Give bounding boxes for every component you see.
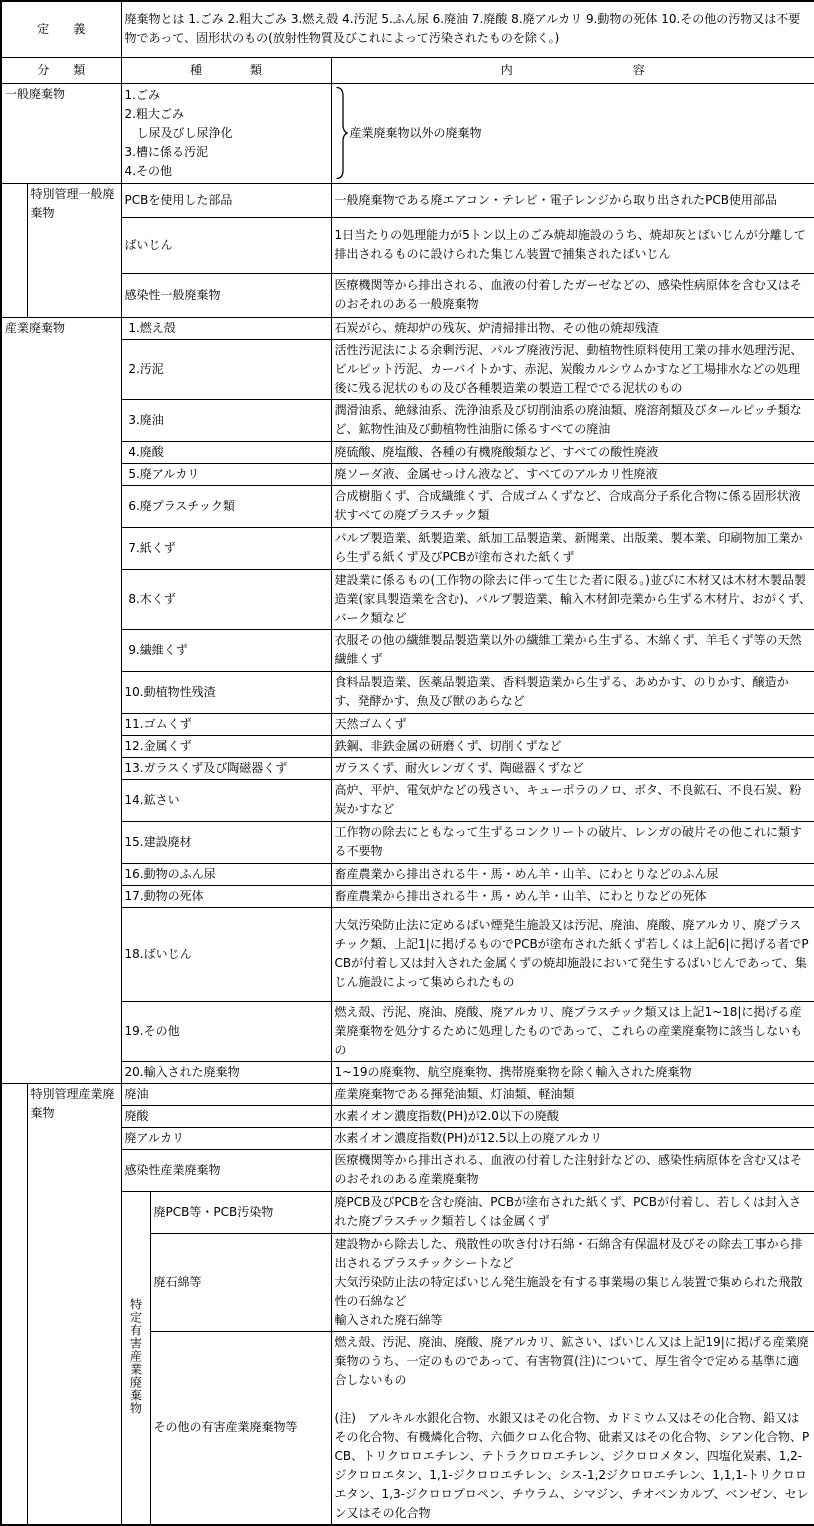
kind-cell: 1.ごみ 2.粗大ごみ し尿及びし尿浄化 3.槽に係る汚泥 4.その他: [121, 83, 331, 183]
content-cell: 高炉、平炉、電気炉などの残さい、キューポラのノロ、ボタ、不良鉱石、不良石炭、粉炭…: [331, 779, 814, 821]
kind-cell: その他の有害産業廃棄物等: [150, 1331, 331, 1525]
row-ippan-haikibutsu: 一般廃棄物 1.ごみ 2.粗大ごみ し尿及びし尿浄化 3.槽に係る汚泥 4.その…: [1, 83, 814, 183]
kind-text: 18.ばいじん: [125, 945, 328, 964]
waste-classification-table: 定 義 廃棄物とは 1.ごみ 2.粗大ごみ 3.燃え殻 4.汚泥 5.ふん尿 6…: [0, 0, 814, 1526]
kind-text: 11.ゴムくず: [125, 715, 328, 734]
content-text: 畜産農業から排出される牛・馬・めん羊・山羊、にわとりなどの死体: [335, 887, 812, 906]
kind-text: その他の有害産業廃棄物等: [154, 1418, 328, 1437]
content-cell: 合成樹脂くず、合成繊維くず、合成ゴムくずなど、合成高分子系化合物に係る固形状液状…: [331, 485, 814, 527]
kind-cell: PCBを使用した部品: [121, 183, 331, 217]
kind-cell: 7.紙くず: [121, 527, 331, 569]
kind-cell: 13.ガラスくず及び陶磁器くず: [121, 757, 331, 779]
content-text: 活性汚泥法による余剰汚泥、パルプ廃液汚泥、動植物性原料使用工業の排水処理汚泥、ビ…: [335, 341, 812, 398]
content-cell: 燃え殻、汚泥、廃油、廃酸、廃アルカリ、鉱さい、ばいじん又は上記19|に掲げる産業…: [331, 1331, 814, 1525]
class-label-tokutei-yugai: 特定有害産業廃棄物: [130, 1298, 142, 1415]
header-kind-column: 種 類: [121, 57, 331, 83]
kind-text: 5.廃アルカリ: [125, 465, 328, 484]
row-pcb-parts: 特別管理一般廃棄物 PCBを使用した部品 一般廃棄物である廃エアコン・テレビ・電…: [1, 183, 814, 217]
kind-cell: 12.金属くず: [121, 735, 331, 757]
class-label-ippan: 一般廃棄物: [5, 85, 118, 104]
kind-cell: 14.鉱さい: [121, 779, 331, 821]
content-cell: 活性汚泥法による余剰汚泥、パルプ廃液汚泥、動植物性原料使用工業の排水処理汚泥、ビ…: [331, 339, 814, 399]
indent-spacer-cell: [1, 1083, 27, 1525]
definition-text: 廃棄物とは 1.ごみ 2.粗大ごみ 3.燃え殻 4.汚泥 5.ふん尿 6.廃油 …: [125, 10, 812, 48]
class-cell-tokutei-yugai: 特定有害産業廃棄物: [121, 1191, 150, 1525]
content-cell: 畜産農業から排出される牛・馬・めん羊・山羊、にわとりなどの死体: [331, 885, 814, 907]
row-sangyo-20: 20.輸入された廃棄物 1~19の廃棄物、航空廃棄物、携帯廃棄物を除く輸入された…: [1, 1061, 814, 1083]
kind-cell: 1.燃え殻: [121, 317, 331, 339]
kind-cell: 感染性一般廃棄物: [121, 273, 331, 317]
content-cell: 水素イオン濃度指数(PH)が12.5以上の廃アルカリ: [331, 1127, 814, 1149]
content-cell: 医療機関等から排出される、血液の付着したガーゼなどの、感染性病原体を含む又はその…: [331, 273, 814, 317]
kind-text: 廃アルカリ: [125, 1129, 328, 1148]
definition-row: 定 義 廃棄物とは 1.ごみ 2.粗大ごみ 3.燃え殻 4.汚泥 5.ふん尿 6…: [1, 1, 814, 57]
row-tokusan-hasan: 廃酸 水素イオン濃度指数(PH)が2.0以下の廃酸: [1, 1105, 814, 1127]
row-sangyo-18: 18.ばいじん 大気汚染防止法に定めるばい煙発生施設又は汚泥、廃油、廃酸、廃アル…: [1, 907, 814, 1001]
kind-cell: 廃石綿等: [150, 1233, 331, 1331]
kind-cell: 5.廃アルカリ: [121, 463, 331, 485]
class-cell-tokubetsu-sangyo: 特別管理産業廃棄物: [27, 1083, 121, 1525]
definition-label: 定 義: [1, 1, 121, 57]
kind-cell: 廃油: [121, 1083, 331, 1105]
content-text: 産業廃棄物である揮発油類、灯油類、軽油類: [335, 1085, 812, 1104]
kind-text: 2.汚泥: [125, 360, 328, 379]
row-sangyo-14: 14.鉱さい 高炉、平炉、電気炉などの残さい、キューポラのノロ、ボタ、不良鉱石、…: [1, 779, 814, 821]
content-cell: 一般廃棄物である廃エアコン・テレビ・電子レンジから取り出されたPCB使用部品: [331, 183, 814, 217]
kind-cell: 8.木くず: [121, 569, 331, 629]
content-cell: 産業廃棄物以外の廃棄物: [331, 83, 814, 183]
row-sangyo-1: 産業廃棄物 1.燃え殻 石炭がら、焼却炉の残灰、炉清掃排出物、その他の焼却残渣: [1, 317, 814, 339]
kind-text: 14.鉱さい: [125, 791, 328, 810]
content-cell: パルプ製造業、紙製造業、紙加工品製造業、新聞業、出版業、製本業、印刷物加工業から…: [331, 527, 814, 569]
kind-text: 8.木くず: [125, 590, 328, 609]
class-cell-sangyo: 産業廃棄物: [1, 317, 121, 1083]
row-sangyo-11: 11.ゴムくず 天然ゴムくず: [1, 713, 814, 735]
content-cell: 廃PCB及びPCBを含む廃油、PCBが塗布された紙くず、PCBが付着し、若しくは…: [331, 1191, 814, 1233]
content-text: 鉄鋼、非鉄金属の研磨くず、切削くずなど: [335, 737, 812, 756]
kind-text: 感染性産業廃棄物: [125, 1161, 328, 1180]
row-sangyo-8: 8.木くず 建設業に係るもの(工作物の除去に伴って生じた者に限る。)並びに木材又…: [1, 569, 814, 629]
kind-cell: 20.輸入された廃棄物: [121, 1061, 331, 1083]
content-cell: 医療機関等から排出される、血液の付着した注射針などの、感染性病原体を含む又はその…: [331, 1149, 814, 1191]
kind-cell: 廃PCB等・PCB汚染物: [150, 1191, 331, 1233]
content-cell: 衣服その他の繊維製品製造業以外の繊維工業から生ずる、木綿くず、羊毛くず等の天然繊…: [331, 629, 814, 671]
row-sangyo-13: 13.ガラスくず及び陶磁器くず ガラスくず、耐火レンガくず、陶磁器くずなど: [1, 757, 814, 779]
content-text: 衣服その他の繊維製品製造業以外の繊維工業から生ずる、木綿くず、羊毛くず等の天然繊…: [335, 631, 812, 669]
kind-cell: 6.廃プラスチック類: [121, 485, 331, 527]
kind-text: 感染性一般廃棄物: [125, 286, 328, 305]
row-baijin-ippan: ばいじん 1日当たりの処理能力が5トン以上のごみ焼却施設のうち、焼却灰とばいじん…: [1, 217, 814, 273]
content-text: 水素イオン濃度指数(PH)が2.0以下の廃酸: [335, 1107, 812, 1126]
content-text: 1~19の廃棄物、航空廃棄物、携帯廃棄物を除く輸入された廃棄物: [335, 1063, 812, 1082]
row-tokusan-haialkali: 廃アルカリ 水素イオン濃度指数(PH)が12.5以上の廃アルカリ: [1, 1127, 814, 1149]
content-text: 廃硫酸、廃塩酸、各種の有機廃酸類など、すべての酸性廃液: [335, 443, 812, 462]
content-cell: 大気汚染防止法に定めるばい煙発生施設又は汚泥、廃油、廃酸、廃アルカリ、廃プラスチ…: [331, 907, 814, 1001]
kind-cell: 3.廃油: [121, 399, 331, 441]
kind-text: 10.動植物性残渣: [125, 683, 328, 702]
header-content-label: 内 容: [335, 61, 812, 80]
header-class-column: 分 類: [1, 57, 121, 83]
content-cell: 1~19の廃棄物、航空廃棄物、携帯廃棄物を除く輸入された廃棄物: [331, 1061, 814, 1083]
kind-text: 6.廃プラスチック類: [125, 497, 328, 516]
row-tokutei-pcb: 特定有害産業廃棄物 廃PCB等・PCB汚染物 廃PCB及びPCBを含む廃油、PC…: [1, 1191, 814, 1233]
content-text: 食料品製造業、医薬品製造業、香料製造業から生ずる、あめかす、のりかす、醸造かす、…: [335, 673, 812, 711]
content-cell: 建設物から除去した、飛散性の吹き付け石綿・石綿含有保温材及びその除去工事から排出…: [331, 1233, 814, 1331]
kind-cell: 9.繊維くず: [121, 629, 331, 671]
content-cell: 工作物の除去にともなって生ずるコンクリートの破片、レンガの破片その他これに類する…: [331, 821, 814, 863]
content-cell: 燃え殻、汚泥、廃油、廃酸、廃アルカリ、廃プラスチック類又は上記1~18|に掲げる…: [331, 1001, 814, 1061]
content-text: 水素イオン濃度指数(PH)が12.5以上の廃アルカリ: [335, 1129, 812, 1148]
content-cell: 水素イオン濃度指数(PH)が2.0以下の廃酸: [331, 1105, 814, 1127]
kind-cell: 11.ゴムくず: [121, 713, 331, 735]
kind-text: 20.輸入された廃棄物: [125, 1063, 328, 1082]
kind-text: 13.ガラスくず及び陶磁器くず: [125, 759, 328, 778]
kind-text: 廃石綿等: [154, 1273, 328, 1292]
content-text: 医療機関等から排出される、血液の付着した注射針などの、感染性病原体を含む又はその…: [335, 1151, 812, 1189]
kind-text: 廃PCB等・PCB汚染物: [154, 1203, 328, 1222]
content-cell: 潤滑油系、絶縁油系、洗浄油系及び切削油系の廃油類、廃溶剤類及びタールピッチ類など…: [331, 399, 814, 441]
kind-cell: 18.ばいじん: [121, 907, 331, 1001]
content-text: 天然ゴムくず: [335, 715, 812, 734]
kind-cell: 廃酸: [121, 1105, 331, 1127]
kind-cell: 4.廃酸: [121, 441, 331, 463]
content-cell: 天然ゴムくず: [331, 713, 814, 735]
kind-cell: ばいじん: [121, 217, 331, 273]
kind-text: 4.廃酸: [125, 443, 328, 462]
definition-cell: 廃棄物とは 1.ごみ 2.粗大ごみ 3.燃え殻 4.汚泥 5.ふん尿 6.廃油 …: [121, 1, 814, 57]
kind-cell: 16.動物のふん尿: [121, 863, 331, 885]
kind-text: 17.動物の死体: [125, 887, 328, 906]
header-kind-label: 種 類: [125, 61, 328, 80]
kind-cell: 10.動植物性残渣: [121, 671, 331, 713]
kind-text: 12.金属くず: [125, 737, 328, 756]
content-text-ippan: 産業廃棄物以外の廃棄物: [350, 124, 812, 143]
content-text: パルプ製造業、紙製造業、紙加工品製造業、新聞業、出版業、製本業、印刷物加工業から…: [335, 529, 812, 567]
row-sangyo-15: 15.建設廃材 工作物の除去にともなって生ずるコンクリートの破片、レンガの破片そ…: [1, 821, 814, 863]
content-text: 燃え殻、汚泥、廃油、廃酸、廃アルカリ、廃プラスチック類又は上記1~18|に掲げる…: [335, 1003, 812, 1060]
row-sangyo-2: 2.汚泥 活性汚泥法による余剰汚泥、パルプ廃液汚泥、動植物性原料使用工業の排水処…: [1, 339, 814, 399]
kind-cell: 17.動物の死体: [121, 885, 331, 907]
row-sangyo-10: 10.動植物性残渣 食料品製造業、医薬品製造業、香料製造業から生ずる、あめかす、…: [1, 671, 814, 713]
class-label-tokubetsu-sangyo: 特別管理産業廃棄物: [31, 1085, 118, 1123]
indent-spacer-cell: [1, 183, 27, 317]
row-sangyo-5: 5.廃アルカリ 廃ソーダ液、金属せっけん液など、すべてのアルカリ性廃液: [1, 463, 814, 485]
row-sangyo-6: 6.廃プラスチック類 合成樹脂くず、合成繊維くず、合成ゴムくずなど、合成高分子系…: [1, 485, 814, 527]
content-text: 一般廃棄物である廃エアコン・テレビ・電子レンジから取り出されたPCB使用部品: [335, 191, 812, 210]
content-text: 燃え殻、汚泥、廃油、廃酸、廃アルカリ、鉱さい、ばいじん又は上記19|に掲げる産業…: [335, 1333, 812, 1523]
kind-text: ばいじん: [125, 236, 328, 255]
content-cell: 1日当たりの処理能力が5トン以上のごみ焼却施設のうち、焼却灰とばいじんが分離して…: [331, 217, 814, 273]
definition-label-text: 定 義: [5, 20, 118, 39]
row-sangyo-19: 19.その他 燃え殻、汚泥、廃油、廃酸、廃アルカリ、廃プラスチック類又は上記1~…: [1, 1001, 814, 1061]
kind-text: PCBを使用した部品: [125, 191, 328, 210]
content-text: 廃PCB及びPCBを含む廃油、PCBが塗布された紙くず、PCBが付着し、若しくは…: [335, 1193, 812, 1231]
column-header-row: 分 類 種 類 内 容: [1, 57, 814, 83]
content-cell: 食料品製造業、医薬品製造業、香料製造業から生ずる、あめかす、のりかす、醸造かす、…: [331, 671, 814, 713]
content-text: 畜産農業から排出される牛・馬・めん羊・山羊、にわとりなどのふん尿: [335, 865, 812, 884]
content-text: 1日当たりの処理能力が5トン以上のごみ焼却施設のうち、焼却灰とばいじんが分離して…: [335, 226, 812, 264]
kind-cell: 15.建設廃材: [121, 821, 331, 863]
row-sangyo-17: 17.動物の死体 畜産農業から排出される牛・馬・めん羊・山羊、にわとりなどの死体: [1, 885, 814, 907]
row-sangyo-9: 9.繊維くず 衣服その他の繊維製品製造業以外の繊維工業から生ずる、木綿くず、羊毛…: [1, 629, 814, 671]
content-text: 合成樹脂くず、合成繊維くず、合成ゴムくずなど、合成高分子系化合物に係る固形状液状…: [335, 487, 812, 525]
content-text: 大気汚染防止法に定めるばい煙発生施設又は汚泥、廃油、廃酸、廃アルカリ、廃プラスチ…: [335, 916, 812, 992]
class-cell-tokubetsu-ippan: 特別管理一般廃棄物: [27, 183, 121, 317]
row-sangyo-3: 3.廃油 潤滑油系、絶縁油系、洗浄油系及び切削油系の廃油類、廃溶剤類及びタールピ…: [1, 399, 814, 441]
content-text: 高炉、平炉、電気炉などの残さい、キューポラのノロ、ボタ、不良鉱石、不良石炭、粉炭…: [335, 781, 812, 819]
content-text: 工作物の除去にともなって生ずるコンクリートの破片、レンガの破片その他これに類する…: [335, 823, 812, 861]
header-content-column: 内 容: [331, 57, 814, 83]
row-sangyo-7: 7.紙くず パルプ製造業、紙製造業、紙加工品製造業、新聞業、出版業、製本業、印刷…: [1, 527, 814, 569]
class-cell-ippan: 一般廃棄物: [1, 83, 121, 183]
curly-brace-icon: [335, 86, 348, 180]
kind-cell: 2.汚泥: [121, 339, 331, 399]
content-cell: 畜産農業から排出される牛・馬・めん羊・山羊、にわとりなどのふん尿: [331, 863, 814, 885]
kind-text: 7.紙くず: [125, 539, 328, 558]
content-text: 医療機関等から排出される、血液の付着したガーゼなどの、感染性病原体を含む又はその…: [335, 276, 812, 314]
content-cell: ガラスくず、耐火レンガくず、陶磁器くずなど: [331, 757, 814, 779]
content-text: 建設業に係るもの(工作物の除去に伴って生じた者に限る。)並びに木材又は木材木製品…: [335, 571, 812, 628]
kind-text: 15.建設廃材: [125, 833, 328, 852]
kind-text: 廃油: [125, 1085, 328, 1104]
content-cell: 廃硫酸、廃塩酸、各種の有機廃酸類など、すべての酸性廃液: [331, 441, 814, 463]
kind-text: 19.その他: [125, 1022, 328, 1041]
content-text: 建設物から除去した、飛散性の吹き付け石綿・石綿含有保温材及びその除去工事から排出…: [335, 1235, 812, 1330]
kind-text: 16.動物のふん尿: [125, 865, 328, 884]
content-text: ガラスくず、耐火レンガくず、陶磁器くずなど: [335, 759, 812, 778]
content-text: 廃ソーダ液、金属せっけん液など、すべてのアルカリ性廃液: [335, 465, 812, 484]
row-kansensei-ippan: 感染性一般廃棄物 医療機関等から排出される、血液の付着したガーゼなどの、感染性病…: [1, 273, 814, 317]
kind-text: 1.燃え殻: [125, 319, 328, 338]
content-cell: 産業廃棄物である揮発油類、灯油類、軽油類: [331, 1083, 814, 1105]
content-cell: 建設業に係るもの(工作物の除去に伴って生じた者に限る。)並びに木材又は木材木製品…: [331, 569, 814, 629]
content-cell: 石炭がら、焼却炉の残灰、炉清掃排出物、その他の焼却残渣: [331, 317, 814, 339]
row-sangyo-4: 4.廃酸 廃硫酸、廃塩酸、各種の有機廃酸類など、すべての酸性廃液: [1, 441, 814, 463]
content-text: 潤滑油系、絶縁油系、洗浄油系及び切削油系の廃油類、廃溶剤類及びタールピッチ類など…: [335, 401, 812, 439]
content-text: 石炭がら、焼却炉の残灰、炉清掃排出物、その他の焼却残渣: [335, 319, 812, 338]
content-cell: 廃ソーダ液、金属せっけん液など、すべてのアルカリ性廃液: [331, 463, 814, 485]
row-sangyo-16: 16.動物のふん尿 畜産農業から排出される牛・馬・めん羊・山羊、にわとりなどのふ…: [1, 863, 814, 885]
row-tokusan-hayu: 特別管理産業廃棄物 廃油 産業廃棄物である揮発油類、灯油類、軽油類: [1, 1083, 814, 1105]
class-label-tokubetsu-ippan: 特別管理一般廃棄物: [31, 185, 118, 223]
class-label-sangyo: 産業廃棄物: [5, 319, 118, 338]
row-sangyo-12: 12.金属くず 鉄鋼、非鉄金属の研磨くず、切削くずなど: [1, 735, 814, 757]
content-cell: 鉄鋼、非鉄金属の研磨くず、切削くずなど: [331, 735, 814, 757]
kind-cell: 19.その他: [121, 1001, 331, 1061]
kind-cell: 廃アルカリ: [121, 1127, 331, 1149]
kind-text: 3.廃油: [125, 411, 328, 430]
kind-cell: 感染性産業廃棄物: [121, 1149, 331, 1191]
kind-list-ippan: 1.ごみ 2.粗大ごみ し尿及びし尿浄化 3.槽に係る汚泥 4.その他: [125, 86, 328, 181]
kind-text: 廃酸: [125, 1107, 328, 1126]
row-tokusan-kansensei: 感染性産業廃棄物 医療機関等から排出される、血液の付着した注射針などの、感染性病…: [1, 1149, 814, 1191]
kind-text: 9.繊維くず: [125, 641, 328, 660]
header-class-label: 分 類: [5, 61, 118, 80]
